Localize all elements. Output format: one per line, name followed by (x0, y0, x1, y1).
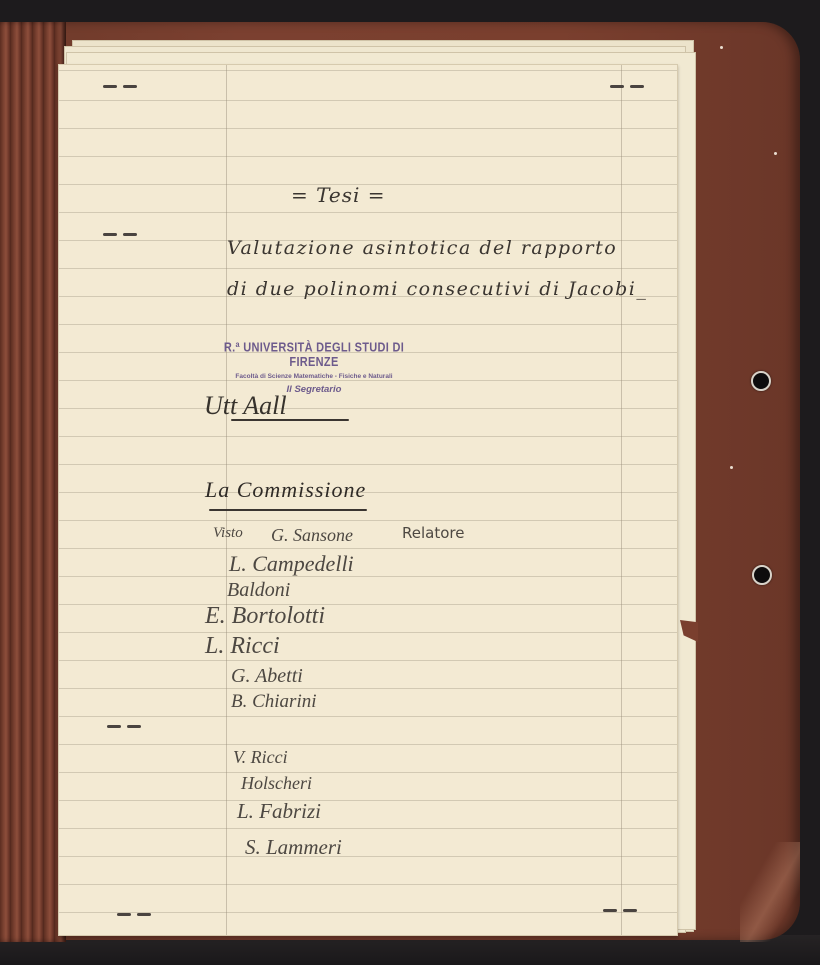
university-stamp: R.ª UNIVERSITÀ DEGLI STUDI DI FIRENZE Fa… (214, 343, 414, 395)
staple-mark (117, 913, 131, 916)
commission-signature: G. Abetti (231, 665, 303, 688)
staple-mark (137, 913, 151, 916)
staple-mark (603, 909, 617, 912)
binder-hole-upper (751, 371, 771, 391)
commission-heading-underline (209, 509, 367, 511)
commission-signature: Baldoni (227, 579, 290, 602)
visto-label: Visto (213, 525, 243, 542)
thesis-title-line-2: di due polinomi consecutivi di Jacobi_ (227, 278, 647, 300)
commission-signature: L. Fabrizi (237, 799, 321, 824)
folder-speck (720, 46, 723, 49)
secretary-signature-underline (231, 419, 349, 421)
staple-mark (623, 909, 637, 912)
staple-mark (630, 85, 644, 88)
staple-mark (610, 85, 624, 88)
commission-heading: La Commissione (205, 477, 366, 503)
staple-mark (123, 233, 137, 236)
staple-mark (107, 725, 121, 728)
folder-pleated-spine (0, 22, 66, 942)
staple-mark (123, 85, 137, 88)
relatore-signature: G. Sansone (271, 525, 353, 546)
commission-signature: Holscheri (241, 773, 312, 794)
folder-light-reflection (740, 842, 800, 942)
thesis-heading: = Tesi = (291, 183, 386, 207)
folder-speck (730, 466, 733, 469)
folder-speck (774, 152, 777, 155)
commission-signature: S. Lammeri (245, 835, 342, 860)
secretary-signature: Utt Aall (204, 391, 287, 421)
commission-signature: L. Ricci (205, 633, 280, 660)
commission-signature: B. Chiarini (231, 691, 317, 713)
thesis-page: = Tesi = Valutazione asintotica del rapp… (58, 64, 678, 936)
commission-signature: E. Bortolotti (205, 603, 325, 630)
thesis-title-line-1: Valutazione asintotica del rapporto (227, 237, 617, 259)
binder-hole-lower (752, 565, 772, 585)
stamp-faculty-name: Facoltà di Scienze Matematiche - Fisiche… (214, 373, 414, 380)
staple-mark (127, 725, 141, 728)
commission-signature: L. Campedelli (229, 551, 354, 577)
staple-mark (103, 233, 117, 236)
commission-signature: V. Ricci (233, 747, 288, 768)
staple-mark (103, 85, 117, 88)
right-margin-line (621, 65, 622, 935)
stamp-university-name: R.ª UNIVERSITÀ DEGLI STUDI DI FIRENZE (214, 341, 414, 370)
relatore-label: Relatore (402, 524, 464, 542)
